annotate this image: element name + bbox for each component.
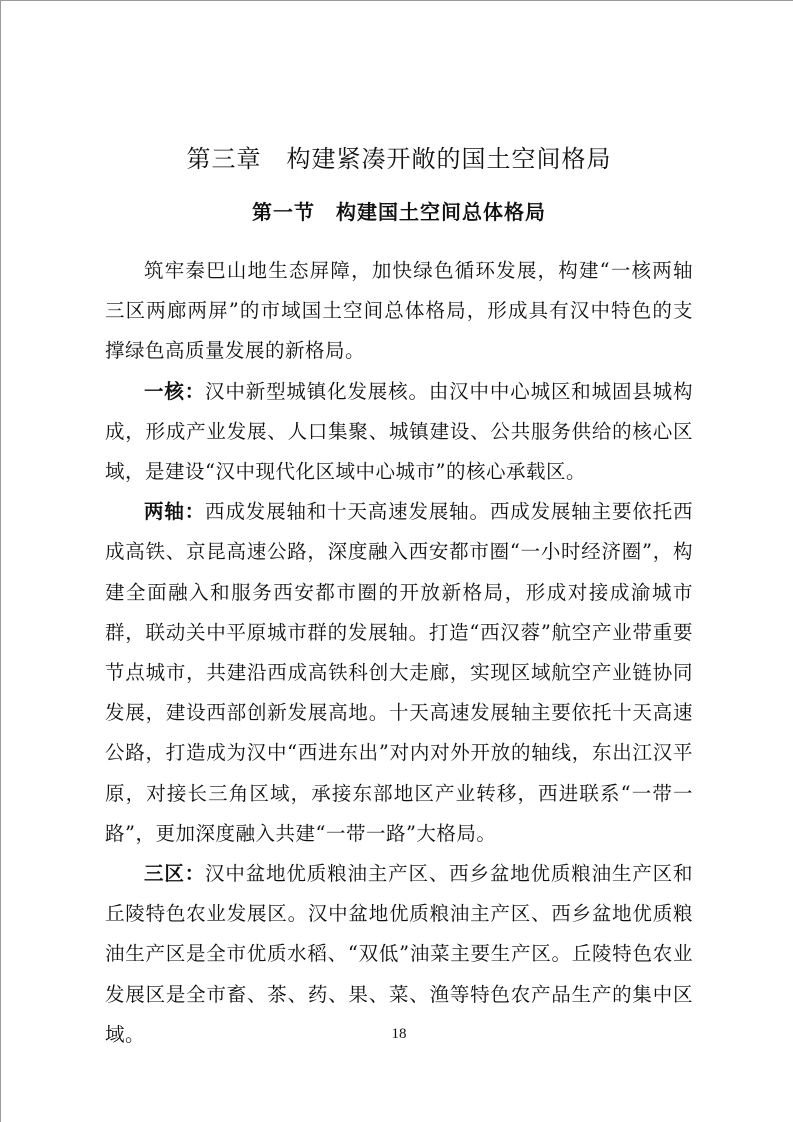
paragraph-lead: 三区： [144,862,205,885]
paragraph-three-zones: 三区：汉中盆地优质粮油主产区、西乡盆地优质粮油生产区和丘陵特色农业发展区。汉中盆… [105,854,693,1055]
paragraph-one-core: 一核：汉中新型城镇化发展核。由汉中中心城区和城固县城构成，形成产业发展、人口集聚… [105,372,693,493]
body-text: 筑牢秦巴山地生态屏障，加快绿色循环发展，构建“一核两轴三区两廊两屏”的市域国土空… [105,251,693,1055]
paragraph-lead: 两轴： [144,500,205,523]
chapter-title: 第三章 构建紧凑开敞的国土空间格局 [105,139,693,174]
paragraph-lead: 一核： [144,380,205,403]
paragraph-text: 筑牢秦巴山地生态屏障，加快绿色循环发展，构建“一核两轴三区两廊两屏”的市域国土空… [105,259,693,362]
page-number: 18 [105,1026,693,1043]
paragraph-text: 西成发展轴和十天高速发展轴。西成发展轴主要依托西成高铁、京昆高速公路，深度融入西… [105,500,693,845]
section-title: 第一节 构建国土空间总体格局 [105,196,693,225]
paragraph-text: 汉中盆地优质粮油主产区、西乡盆地优质粮油生产区和丘陵特色农业发展区。汉中盆地优质… [105,862,693,1046]
paragraph-two-axes: 两轴：西成发展轴和十天高速发展轴。西成发展轴主要依托西成高铁、京昆高速公路，深度… [105,492,693,854]
paragraph-intro: 筑牢秦巴山地生态屏障，加快绿色循环发展，构建“一核两轴三区两廊两屏”的市域国土空… [105,251,693,372]
